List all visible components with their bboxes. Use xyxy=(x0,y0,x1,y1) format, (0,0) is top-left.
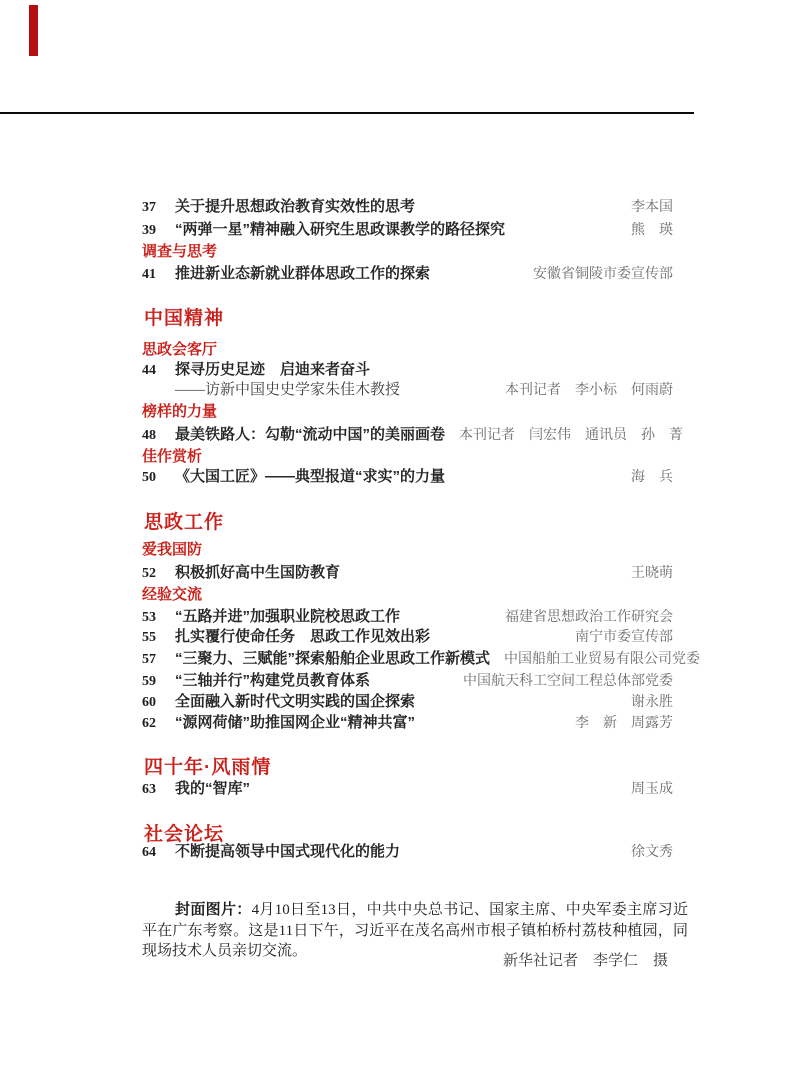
toc-page: 37 关于提升思想政治教育实效性的思考 李本国 39 “两弹一星”精神融入研究生… xyxy=(0,0,800,1085)
article-author: 徐文秀 xyxy=(617,841,673,861)
toc-entry-63: 63 我的“智库” 周玉成 xyxy=(142,777,673,798)
page-number: 50 xyxy=(142,470,175,486)
page-number: 63 xyxy=(142,782,175,798)
toc-entry-55: 55 扎实覆行使命任务 思政工作见效出彩 南宁市委宣传部 xyxy=(142,625,673,646)
article-author: 南宁市委宣传部 xyxy=(561,626,673,646)
page-number: 64 xyxy=(142,845,175,861)
article-title: 最美铁路人：勾勒“流动中国”的美丽画卷 xyxy=(175,423,445,444)
toc-entry-53: 53 “五路并进”加强职业院校思政工作 福建省思想政治工作研究会 xyxy=(142,605,673,626)
article-title: 《大国工匠》——典型报道“求实”的力量 xyxy=(175,465,445,486)
toc-entry-52: 52 积极抓好高中生国防教育 王晓萌 xyxy=(142,561,673,582)
page-number: 48 xyxy=(142,428,175,444)
article-author: 海 兵 xyxy=(617,466,673,486)
article-title: 关于提升思想政治教育实效性的思考 xyxy=(175,195,415,216)
toc-entry-50: 50 《大国工匠》——典型报道“求实”的力量 海 兵 xyxy=(142,465,673,486)
subsection-diaocha: 调查与思考 xyxy=(142,240,217,261)
article-title: “五路并进”加强职业院校思政工作 xyxy=(175,605,400,626)
subsection-aiwo-guofang: 爱我国防 xyxy=(142,538,202,559)
toc-entry-57: 57 “三聚力、三赋能”探索船舶企业思政工作新模式 中国船舶工业贸易有限公司党委 xyxy=(142,647,673,668)
top-rule xyxy=(0,112,694,114)
page-number: 41 xyxy=(142,267,175,283)
article-author: 谢永胜 xyxy=(617,691,673,711)
article-author: 中国船舶工业贸易有限公司党委 xyxy=(490,648,700,668)
toc-entry-62: 62 “源网荷储”助推国网企业“精神共富” 李 新 周露芳 xyxy=(142,711,673,732)
article-author: 中国航天科工空间工程总体部党委 xyxy=(449,670,673,690)
page-number: 55 xyxy=(142,630,175,646)
page-number: 62 xyxy=(142,716,175,732)
toc-entry-64: 64 不断提高领导中国式现代化的能力 徐文秀 xyxy=(142,840,673,861)
article-author: 本刊记者 李小标 何雨蔚 xyxy=(491,379,673,399)
page-number: 44 xyxy=(142,363,175,379)
article-title: 我的“智库” xyxy=(175,777,250,798)
article-title: 全面融入新时代文明实践的国企探索 xyxy=(175,690,415,711)
section-sishinian-fengyuqing: 四十年·风雨情 xyxy=(144,752,271,779)
toc-entry-44-subtitle: ——访新中国史史学家朱佳木教授 本刊记者 李小标 何雨蔚 xyxy=(175,378,673,399)
subsection-jingyan-jiaoliu: 经验交流 xyxy=(142,583,202,604)
page-number: 52 xyxy=(142,566,175,582)
article-author: 李本国 xyxy=(617,196,673,216)
article-author: 本刊记者 闫宏伟 通讯员 孙 菁 xyxy=(445,424,683,444)
subsection-jiazuo-shangxi: 佳作赏析 xyxy=(142,445,202,466)
toc-entry-39: 39 “两弹一星”精神融入研究生思政课教学的路径探究 熊 瑛 xyxy=(142,218,673,239)
article-author: 福建省思想政治工作研究会 xyxy=(491,606,673,626)
page-number: 39 xyxy=(142,223,175,239)
article-title: “源网荷储”助推国网企业“精神共富” xyxy=(175,711,415,732)
article-title: 推进新业态新就业群体思政工作的探索 xyxy=(175,262,430,283)
article-author: 安徽省铜陵市委宣传部 xyxy=(519,263,673,283)
article-title: 探寻历史足迹 启迪来者奋斗 xyxy=(175,358,370,379)
article-author: 周玉成 xyxy=(617,778,673,798)
page-number: 60 xyxy=(142,695,175,711)
corner-red-mark xyxy=(29,5,38,56)
article-author: 李 新 周露芳 xyxy=(561,712,673,732)
article-title: “三聚力、三赋能”探索船舶企业思政工作新模式 xyxy=(175,647,490,668)
section-zhongguo-jingshen: 中国精神 xyxy=(144,303,224,330)
subsection-bangyang-liliang: 榜样的力量 xyxy=(142,400,217,421)
article-title: “两弹一星”精神融入研究生思政课教学的路径探究 xyxy=(175,218,505,239)
article-title: “三轴并行”构建党员教育体系 xyxy=(175,669,370,690)
toc-entry-60: 60 全面融入新时代文明实践的国企探索 谢永胜 xyxy=(142,690,673,711)
toc-entry-37: 37 关于提升思想政治教育实效性的思考 李本国 xyxy=(142,195,673,216)
article-title: 扎实覆行使命任务 思政工作见效出彩 xyxy=(175,625,430,646)
cover-note-label: 封面图片： xyxy=(175,901,252,918)
page-number: 37 xyxy=(142,200,175,216)
toc-entry-59: 59 “三轴并行”构建党员教育体系 中国航天科工空间工程总体部党委 xyxy=(142,669,673,690)
article-title: 积极抓好高中生国防教育 xyxy=(175,561,340,582)
page-number: 59 xyxy=(142,674,175,690)
article-title: 不断提高领导中国式现代化的能力 xyxy=(175,840,400,861)
photo-credit: 新华社记者 李学仁 摄 xyxy=(503,949,668,970)
page-number: 57 xyxy=(142,652,175,668)
toc-entry-41: 41 推进新业态新就业群体思政工作的探索 安徽省铜陵市委宣传部 xyxy=(142,262,673,283)
page-number: 53 xyxy=(142,610,175,626)
section-sizheng-gongzuo: 思政工作 xyxy=(144,507,224,534)
toc-entry-44: 44 探寻历史足迹 启迪来者奋斗 xyxy=(142,358,673,379)
subsection-sizheng-keting: 思政会客厅 xyxy=(142,338,217,359)
article-subtitle: ——访新中国史史学家朱佳木教授 xyxy=(175,378,400,399)
toc-entry-48: 48 最美铁路人：勾勒“流动中国”的美丽画卷 本刊记者 闫宏伟 通讯员 孙 菁 xyxy=(142,423,673,444)
article-author: 王晓萌 xyxy=(617,562,673,582)
article-author: 熊 瑛 xyxy=(617,219,673,239)
